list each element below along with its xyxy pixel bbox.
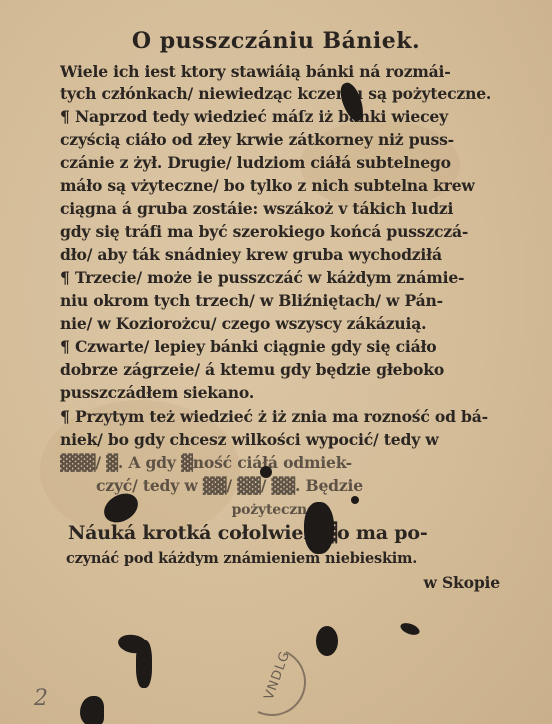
text-line: dło/ aby ták snádniey krew gruba wychodz…	[60, 245, 500, 265]
text-line: ciągna á gruba zostáie: wszákoż v tákich…	[60, 199, 500, 219]
text-line: Wiele ich iest ktory stawiáią bánki ná r…	[60, 62, 500, 82]
text-line: pożyteczne.	[0, 500, 552, 520]
ink-blot	[316, 626, 338, 656]
subheading-line: czynáć pod káżdym známieniem niebieskim.	[66, 549, 506, 569]
ink-blot	[260, 466, 272, 478]
text-line: niu okrom tych trzech/ w Bliźniętach/ w …	[60, 291, 500, 311]
text-line: ▓▓▓/ ▓. A gdy ▓ność ciáłá odmiek-	[60, 453, 500, 473]
text-line: ¶ Przytym też wiedzieć ż iż znia ma rozn…	[60, 407, 500, 427]
text-line: ¶ Naprzod tedy wiedzieć máſz iż bánki wi…	[60, 107, 500, 127]
ink-blot	[136, 640, 152, 688]
text-line: dobrze zágrzeie/ á ktemu gdy będzie głeb…	[60, 360, 500, 380]
page-number: 2	[34, 686, 48, 711]
scanned-page: O pusszczániu Bániek. Wiele ich iest kto…	[0, 0, 552, 724]
ink-blot	[399, 621, 421, 637]
page-title: O pusszczániu Bániek.	[0, 28, 552, 54]
text-line: pusszczádłem siekano.	[60, 383, 500, 403]
text-line: ¶ Trzecie/ może ie pusszczáć w káżdym zn…	[60, 268, 500, 288]
text-line: gdy się tráfi ma być szerokiego końcá pu…	[60, 222, 500, 242]
subheading-line: Náuká krotká cołolwiek ▓o ma po-	[68, 523, 508, 543]
text-line: czánie z żył. Drugie/ ludziom ciáłá subt…	[60, 153, 500, 173]
text-line: ¶ Czwarte/ lepiey bánki ciągnie gdy się …	[60, 337, 500, 357]
catchword: w Skopie	[424, 573, 500, 593]
text-line: niek/ bo gdy chcesz wilkości wypocić/ te…	[60, 430, 500, 450]
text-line: tych człónkach/ niewiedząc kczemu są poż…	[60, 84, 500, 104]
text-line: czyć/ tedy w ▓▓/ ▓▓/ ▓▓. Będzie	[96, 476, 536, 496]
ink-blot	[351, 496, 359, 504]
ink-blot	[80, 696, 104, 724]
ink-blot	[304, 502, 334, 554]
text-line: máło są vżyteczne/ bo tylko z nich subte…	[60, 176, 500, 196]
text-line: czyścią ciáło od złey krwie zátkorney ni…	[60, 130, 500, 150]
text-line: nie/ w Koziorożcu/ czego wszyscy zákázui…	[60, 314, 500, 334]
